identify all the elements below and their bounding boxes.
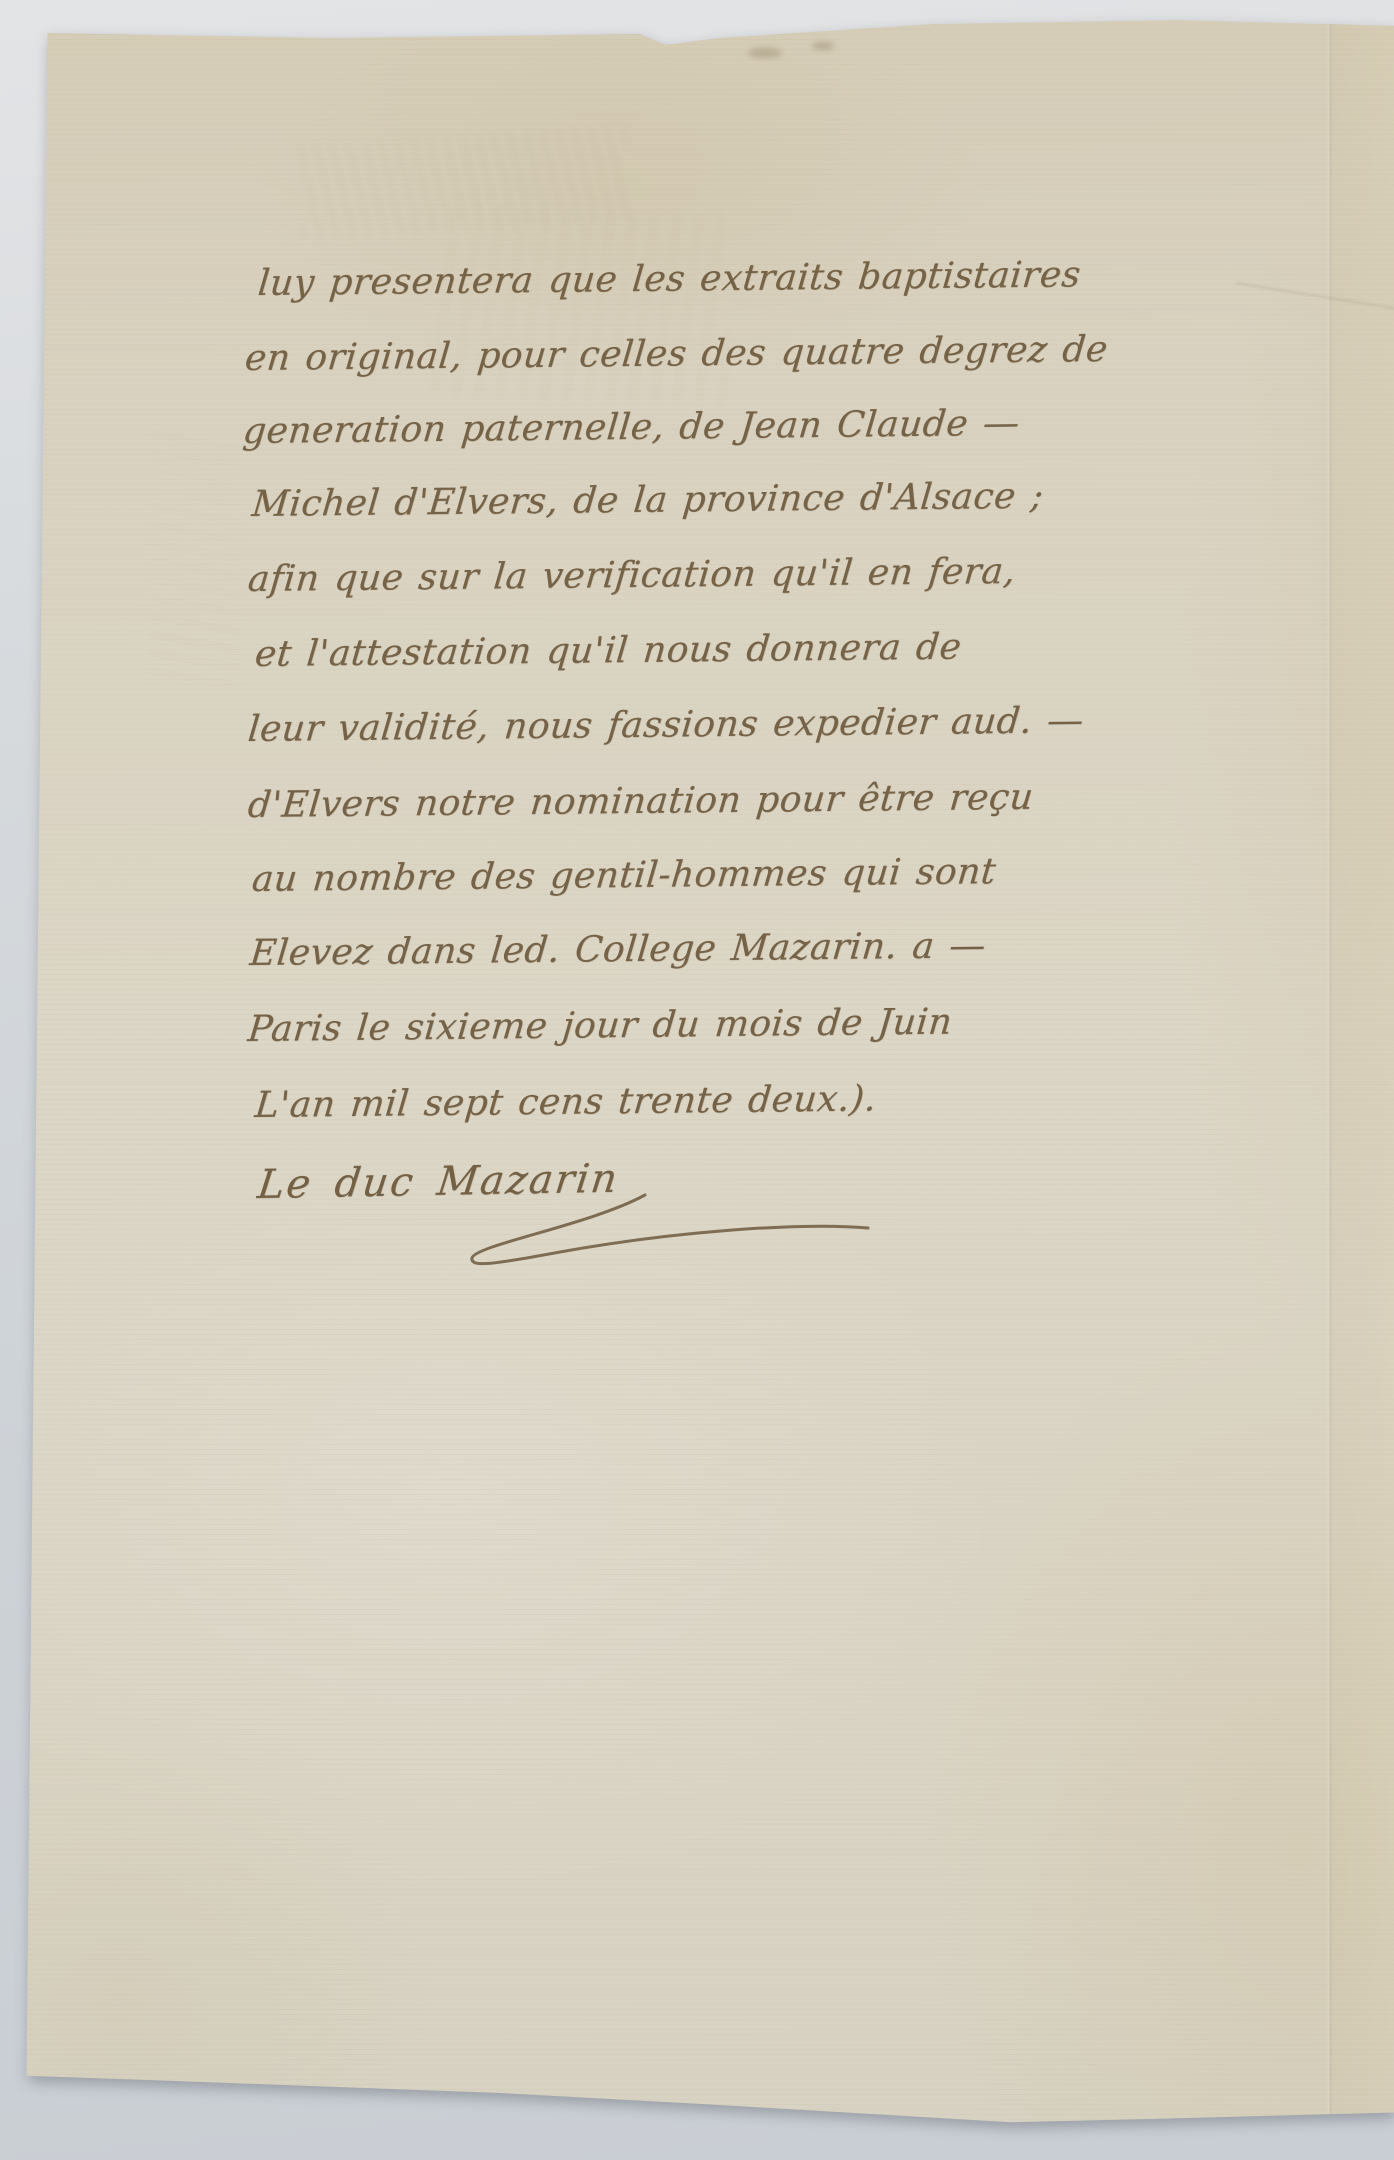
handwritten-text-block: luy presentera que les extraits baptista… [0,0,1394,2160]
manuscript-line-8: d'Elvers notre nomination pour être reçu [246,780,1035,824]
manuscript-photo: luy presentera que les extraits baptista… [0,0,1394,2160]
manuscript-line-7: leur validité, nous fassions expedier au… [246,703,1085,748]
manuscript-line-3: generation paternelle, de Jean Claude — [241,406,1021,450]
signature-paraph [440,1190,920,1300]
paper-shadow-wrap: luy presentera que les extraits baptista… [0,0,1394,2160]
manuscript-line-12: L'an mil sept cens trente deux.). [253,1081,878,1124]
manuscript-line-5: afin que sur la verification qu'il en fe… [246,554,1017,598]
manuscript-line-6: et l'attestation qu'il nous donnera de [253,630,963,673]
manuscript-line-9: au nombre des gentil-hommes qui sont [250,854,997,898]
manuscript-page: luy presentera que les extraits baptista… [0,0,1394,2160]
manuscript-line-2: en original, pour celles des quatre degr… [243,332,1109,377]
manuscript-line-10: Elevez dans led. College Mazarin. a — [248,928,987,972]
manuscript-line-11: Paris le sixieme jour du mois de Juin [246,1005,954,1048]
manuscript-line-1: luy presentera que les extraits baptista… [256,257,1082,302]
manuscript-line-4: Michel d'Elvers, de la province d'Alsace… [250,479,1045,523]
